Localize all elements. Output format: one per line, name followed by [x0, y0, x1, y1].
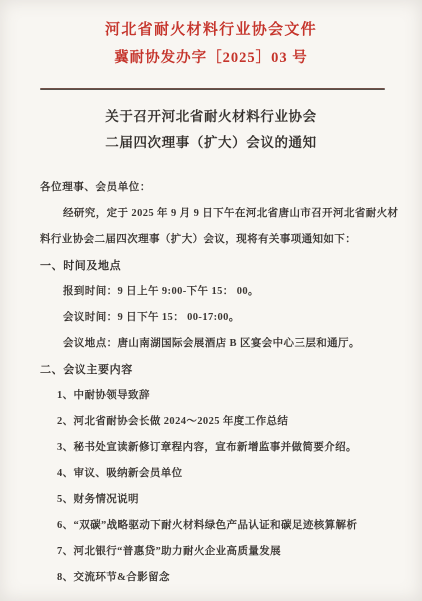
document-title-line1: 关于召开河北省耐火材料行业协会	[0, 107, 422, 126]
agenda-item-8: 8、交流环节&合影留念	[57, 565, 385, 591]
meeting-time-line: 会议时间：9 日下午 15： 00-17:00。	[63, 305, 385, 331]
meeting-location-line: 会议地点：唐山南湖国际会展酒店 B 区宴会中心三层和通厅。	[63, 331, 385, 357]
agenda-item-3: 3、秘书处宣读新修订章程内容，宣布新增监事并做简要介绍。	[57, 435, 385, 461]
agenda-item-4: 4、审议、吸纳新会员单位	[57, 461, 385, 487]
letterhead: 河北省耐火材料行业协会文件 冀耐协发办字［2025］03 号	[0, 0, 422, 67]
document-title: 关于召开河北省耐火材料行业协会 二届四次理事（扩大）会议的通知	[0, 107, 422, 152]
intro-paragraph-line1: 经研究，定于 2025 年 9 月 9 日下午在河北省唐山市召开河北省耐火材	[63, 201, 385, 227]
section-heading-agenda: 二、会议主要内容	[40, 357, 385, 383]
document-body: 各位理事、会员单位： 经研究，定于 2025 年 9 月 9 日下午在河北省唐山…	[0, 175, 422, 591]
document-number: 冀耐协发办字［2025］03 号	[0, 49, 422, 67]
letterhead-org-line: 河北省耐火材料行业协会文件	[0, 0, 422, 39]
document-title-line2: 二届四次理事（扩大）会议的通知	[0, 133, 422, 152]
section-heading-time-location: 一、时间及地点	[40, 253, 385, 279]
agenda-item-1: 1、中耐协领导致辞	[57, 383, 385, 409]
salutation: 各位理事、会员单位：	[40, 175, 385, 201]
agenda-item-6: 6、“双碳”战略驱动下耐火材料绿色产品认证和碳足迹核算解析	[57, 513, 385, 539]
intro-paragraph-line2: 料行业协会二届四次理事（扩大）会议，现将有关事项通知如下：	[40, 227, 385, 253]
document-page: 河北省耐火材料行业协会文件 冀耐协发办字［2025］03 号 关于召开河北省耐火…	[0, 0, 422, 601]
agenda-item-5: 5、财务情况说明	[57, 487, 385, 513]
agenda-item-2: 2、河北省耐协会长做 2024～2025 年度工作总结	[57, 409, 385, 435]
letterhead-divider	[40, 88, 385, 90]
agenda-item-7: 7、河北银行“普惠贷”助力耐火企业高质量发展	[57, 539, 385, 565]
registration-time-line: 报到时间：9 日上午 9:00-下午 15： 00。	[63, 279, 385, 305]
